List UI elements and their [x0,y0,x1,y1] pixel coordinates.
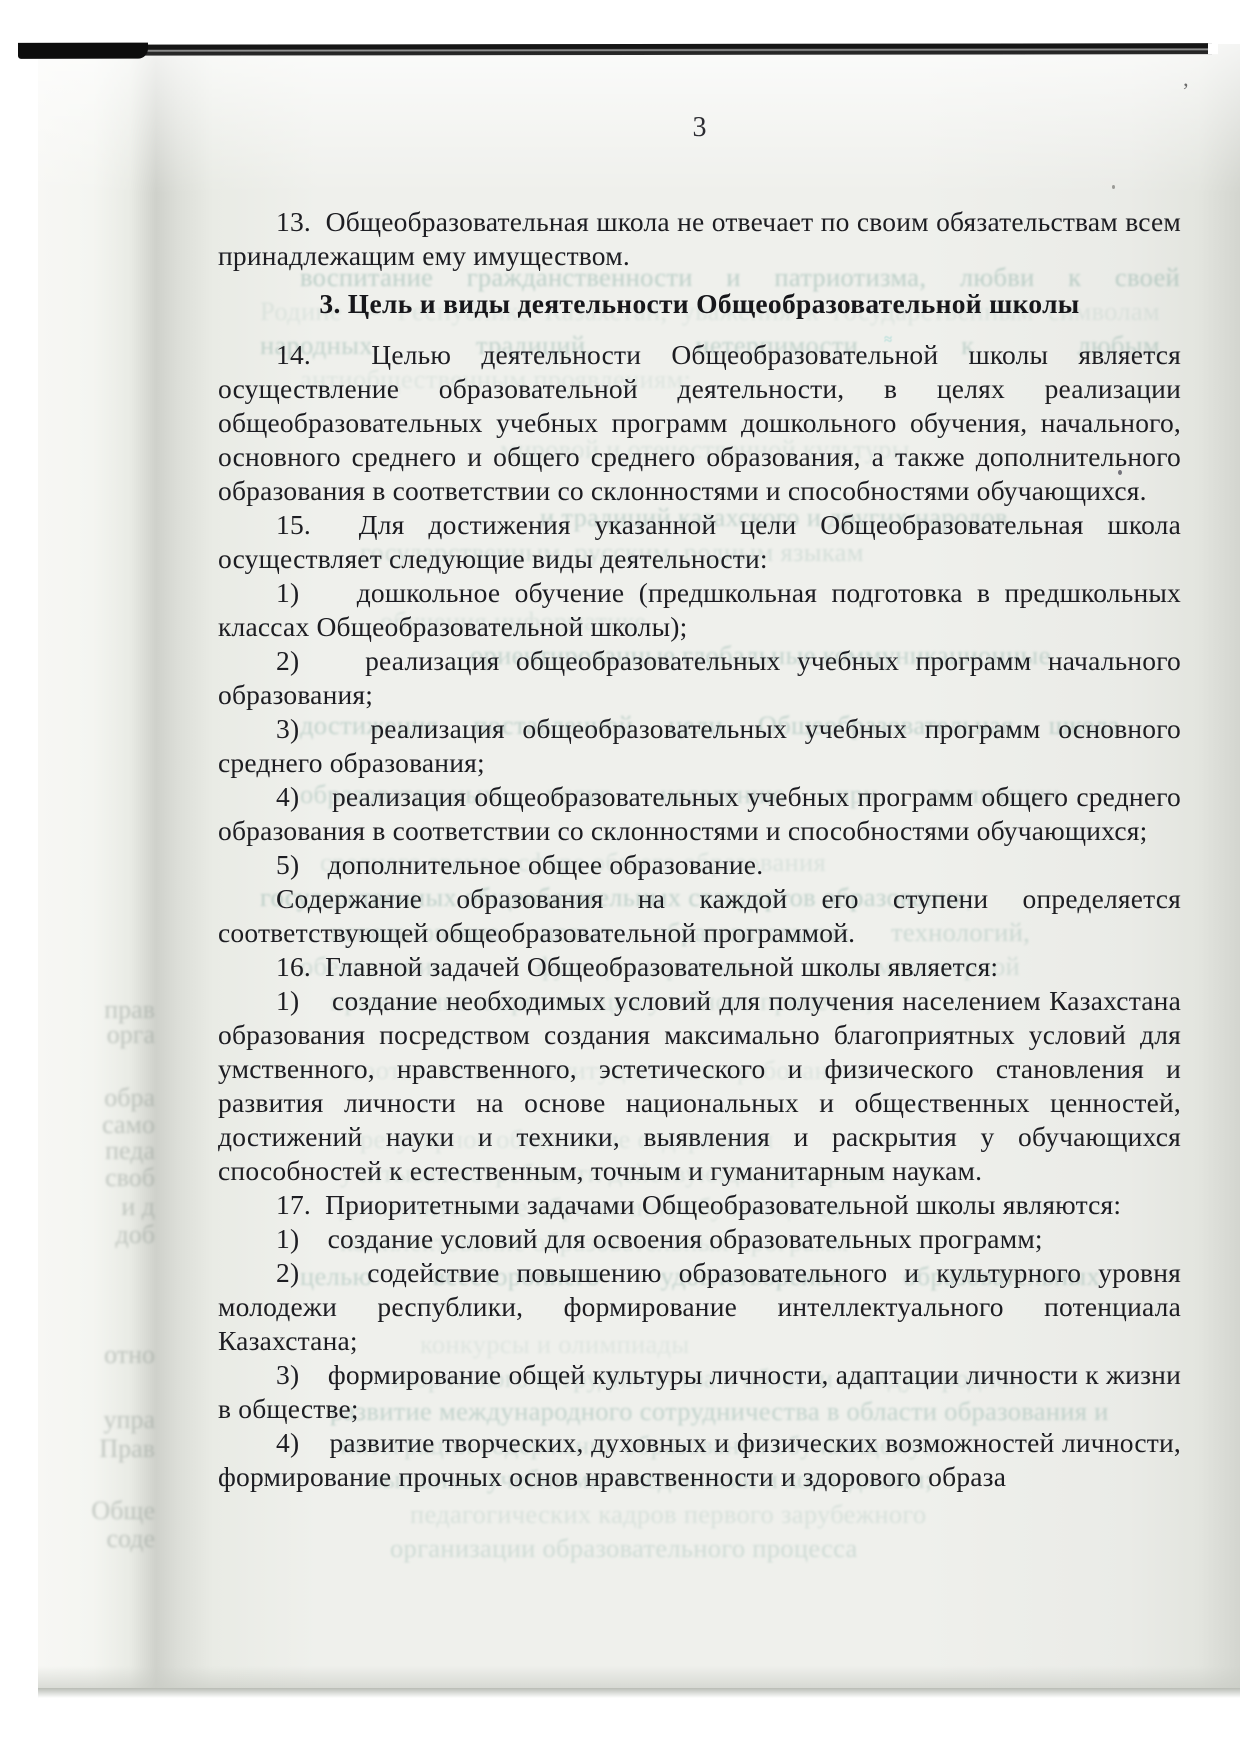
section-heading: 3. Цель и виды деятельности Общеобразова… [218,287,1181,321]
paragraph: 4) развитие творческих, духовных и физич… [218,1426,1181,1494]
paragraph: 16. Главной задачей Общеобразовательной … [218,950,1181,984]
paragraph: 1) создание необходимых условий для полу… [218,984,1181,1188]
paragraph: 13. Общеобразовательная школа не отвечае… [218,205,1181,273]
paragraph: 14. Целью деятельности Общеобразовательн… [218,338,1181,508]
paragraph: 1) дошкольное обучение (предшкольная под… [218,576,1181,644]
paragraph: 5) дополнительное общее образование. [218,848,1181,882]
paragraph: 1) создание условий для освоения образов… [218,1222,1181,1256]
document-text-block: 13. Общеобразовательная школа не отвечае… [218,205,1181,1494]
paragraph: 2) содействие повышению образовательного… [218,1256,1181,1358]
scanned-document: воспитание гражданственности и патриотиз… [0,0,1240,1755]
paragraph: 17. Приоритетными задачами Общеобразоват… [218,1188,1181,1222]
paragraph: 2) реализация общеобразовательных учебны… [218,644,1181,712]
scan-edge-line [18,43,1212,56]
paragraph: 3) реализация общеобразовательных учебны… [218,712,1181,780]
page-number: 3 [218,112,1181,144]
paragraph: 15. Для достижения указанной цели Общеоб… [218,508,1181,576]
paragraph: 3) формирование общей культуры личности,… [218,1358,1181,1426]
paragraph: 4) реализация общеобразовательных учебны… [218,780,1181,848]
paragraph: Содержание образования на каждой его сту… [218,882,1181,950]
